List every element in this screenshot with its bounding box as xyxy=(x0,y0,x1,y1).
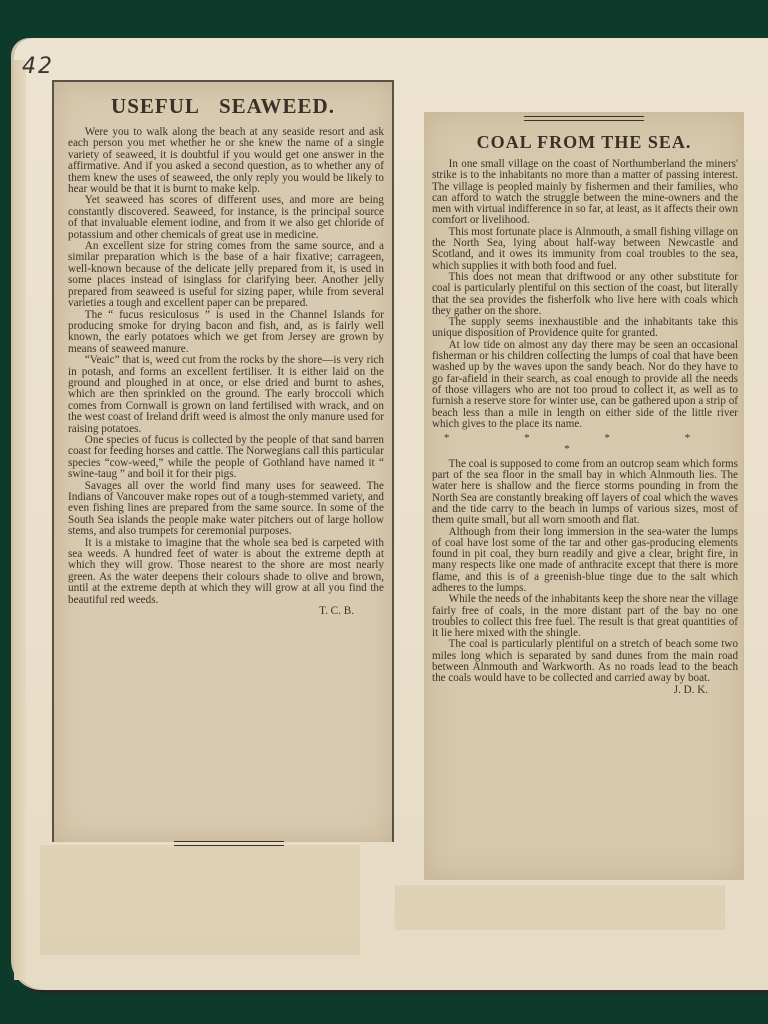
paragraph: Were you to walk along the beach at any … xyxy=(68,127,384,195)
author-signature: J. D. K. xyxy=(432,685,738,696)
section-separator: * * * * * xyxy=(432,433,738,456)
paragraph: It is a mistake to imagine that the whol… xyxy=(68,538,384,606)
article-body: In one small village on the coast of Nor… xyxy=(424,159,744,696)
paragraph: This does not mean that driftwood or any… xyxy=(432,272,738,317)
paragraph: While the needs of the inhabitants keep … xyxy=(432,594,738,639)
paragraph: Yet seaweed has scores of different uses… xyxy=(68,195,384,241)
paragraph: The coal is supposed to come from an out… xyxy=(432,459,738,527)
clipping-useful-seaweed: USEFUL SEAWEED. Were you to walk along t… xyxy=(52,80,394,842)
paragraph: The supply seems inexhaustible and the i… xyxy=(432,317,738,340)
paragraph: “Veaic” that is, weed cut from the rocks… xyxy=(68,355,384,435)
glue-stain-left xyxy=(40,845,360,955)
article-body: Were you to walk along the beach at any … xyxy=(54,127,392,617)
article-title: COAL FROM THE SEA. xyxy=(424,132,744,153)
paragraph: The coal is particularly plentiful on a … xyxy=(432,639,738,684)
glue-stain-right xyxy=(395,885,725,930)
divider-rule xyxy=(174,841,284,846)
page-number: 42 xyxy=(22,54,54,79)
page-edge xyxy=(14,60,26,980)
paragraph: Although from their long immersion in th… xyxy=(432,527,738,595)
clipping-coal-from-the-sea: COAL FROM THE SEA. In one small village … xyxy=(424,112,744,880)
paragraph: At low tide on almost any day there may … xyxy=(432,340,738,430)
author-signature: T. C. B. xyxy=(68,606,384,617)
paragraph: An excellent size for string comes from … xyxy=(68,241,384,309)
paragraph: One species of fucus is collected by the… xyxy=(68,435,384,481)
divider-rule xyxy=(524,116,644,121)
article-title: USEFUL SEAWEED. xyxy=(54,94,392,119)
paragraph: This most fortunate place is Alnmouth, a… xyxy=(432,227,738,272)
paragraph: The “ fucus resiculosus ” is used in the… xyxy=(68,310,384,356)
paragraph: In one small village on the coast of Nor… xyxy=(432,159,738,227)
paragraph: Savages all over the world find many use… xyxy=(68,481,384,538)
